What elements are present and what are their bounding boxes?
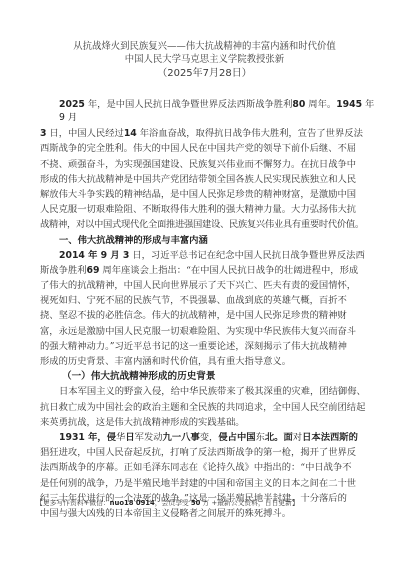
paragraph-line: 挠、坚忍不拔的必胜信念。伟大的抗战精神，是中国人民弥足珍贵的精神财 xyxy=(40,308,371,323)
contact-id: nuo18 0914 xyxy=(110,499,155,507)
paragraph-line: 1931 年，侵华日军发动九一八事变，侵占中国东北。面对日本法西斯的 xyxy=(40,430,371,445)
paragraph-line: 斯战争胜利69 周年座谈会上指出：“在中国人民抗日战争的壮阔进程中，形成 xyxy=(40,263,371,278)
document-author: 中国人民大学马克思主义学院教授张新 xyxy=(0,54,409,67)
paragraph-line: 形成的伟大抗战精神是中国共产党团结带领全国各族人民实现民族独立和人民 xyxy=(40,172,371,187)
paragraph-line: 猖狂进攻，中国人民奋起反抗，打响了反法西斯战争的第一枪，揭开了世界反 xyxy=(40,445,371,460)
paragraph-line: 西斯战争的完全胜利。伟大的中国人民在中国共产党的领导下前仆后继、不屈 xyxy=(40,141,371,156)
paragraph-line: 了伟大的抗战精神，中国人民向世界展示了天下兴亡、匹夫有责的爱国情怀， xyxy=(40,278,371,293)
document-body: 2025 年，是中国人民抗日战争暨世界反法西斯战争胜利80 周年。1945 年 … xyxy=(40,97,371,521)
paragraph-line: 不挠、顽强奋斗，为实现强国建设、民族复兴伟业而不懈努力。在抗日战争中 xyxy=(40,157,371,172)
paragraph-line: 视死如归、宁死不屈的民族气节，不畏强暴、血战到底的英雄气概，百折不 xyxy=(40,293,371,308)
paragraph-line: 2014 年 9 月 3 日，习近平总书记在纪念中国人民抗日战争暨世界反法西 xyxy=(40,248,371,263)
subsection-heading: （一）伟大抗战精神形成的历史背景 xyxy=(40,369,371,384)
promo-footer-note: 【更多写作资料+微信：nuo18 0914，会员享受 50 万 +最新公文资料，… xyxy=(36,497,299,507)
paragraph-line: 抗日救亡成为中国社会的政治主题和全民族的共同追求，全中国人民空前团结起 xyxy=(40,400,371,415)
paragraph-line: 是任何别的战争，乃是半殖民地半封建的中国和帝国主义的日本之间在二十世 xyxy=(40,476,371,491)
paragraph-line: 富，永远是激励中国人民克服一切艰难险阻、为实现中华民族伟大复兴而奋斗 xyxy=(40,324,371,339)
paragraph-line: 9 月 xyxy=(40,112,371,126)
paragraph-line: 的强大精神动力。”习近平总书记的这一重要论述，深刻揭示了伟大抗战精神 xyxy=(40,339,371,354)
document-title: 从抗战烽火到民族复兴——伟大抗战精神的丰富内涵和时代价值 xyxy=(0,41,409,54)
document-page: 从抗战烽火到民族复兴——伟大抗战精神的丰富内涵和时代价值 中国人民大学马克思主义… xyxy=(0,0,409,580)
paragraph-line: 来英勇抗战，这是伟大抗战精神形成的实践基础。 xyxy=(40,415,371,430)
document-header: 从抗战烽火到民族复兴——伟大抗战精神的丰富内涵和时代价值 中国人民大学马克思主义… xyxy=(0,41,409,81)
paragraph-line: 形成的历史背景、丰富内涵和时代价值，具有重大指导意义。 xyxy=(40,354,371,369)
paragraph-line: 解放伟大斗争实践的精神结晶，是中国人民弥足珍贵的精神财富，是激励中国 xyxy=(40,187,371,202)
paragraph-line: 法西斯战争的序幕。正如毛泽东同志在《论持久战》中指出的：“中日战争不 xyxy=(40,460,371,475)
document-date: （2025年7月28日） xyxy=(0,68,409,81)
paragraph-line: 中国与强大凶残的日本帝国主义侵略者之间展开的殊死搏斗。 xyxy=(40,506,371,521)
paragraph-line: 3 日，中国人民经过14 年浴血奋战，取得抗日战争伟大胜利，宣告了世界反法 xyxy=(40,126,371,141)
paragraph-line: 2025 年，是中国人民抗日战争暨世界反法西斯战争胜利80 周年。1945 年 xyxy=(40,97,371,112)
paragraph-line: 人民克服一切艰难险阻、不断取得伟大胜利的强大精神力量。大力弘扬伟大抗 xyxy=(40,202,371,217)
paragraph-line: 日本军国主义的野蛮入侵，给中华民族带来了极其深重的灾难，团结御侮、 xyxy=(40,384,371,399)
paragraph-line: 战精神，对以中国式现代化全面推进强国建设、民族复兴伟业具有重要时代价值。 xyxy=(40,217,371,232)
section-heading: 一、伟大抗战精神的形成与丰富内涵 xyxy=(40,233,371,248)
